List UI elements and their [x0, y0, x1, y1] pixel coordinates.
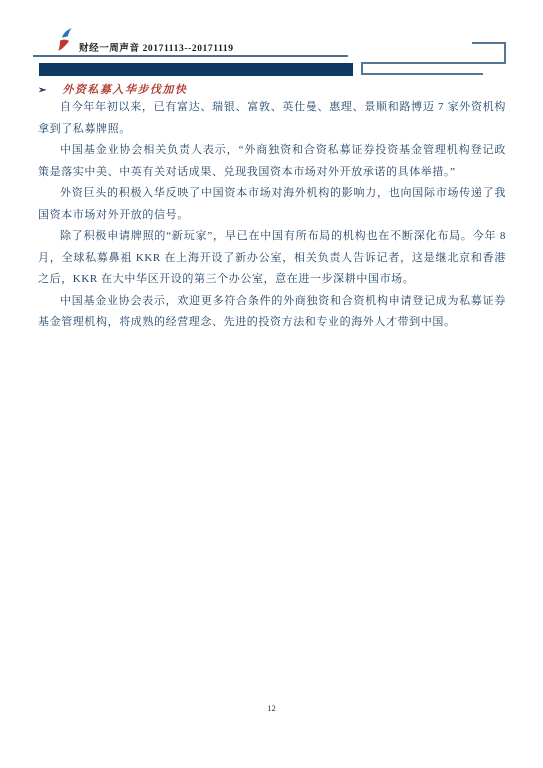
paragraph: 中国基金业协会相关负责人表示，“外商独资和合资私募证券投资基金管理机构登记政策是… [38, 140, 506, 183]
page-number: 12 [0, 703, 543, 713]
navy-banner-bar [39, 63, 353, 76]
section-heading-row: ➢外资私募入华步伐加快 [38, 83, 508, 98]
document-page: 财经一周声音 20171113--20171119 ➢外资私募入华步伐加快 自今… [0, 0, 543, 768]
header-title: 财经一周声音 20171113--20171119 [79, 40, 234, 54]
article-body: 自今年年初以来，已有富达、瑞银、富敦、英仕曼、惠理、景顺和路博迈 7 家外资机构… [38, 97, 506, 334]
deco-outline-box-top [361, 62, 506, 64]
paragraph: 自今年年初以来，已有富达、瑞银、富敦、英仕曼、惠理、景顺和路博迈 7 家外资机构… [38, 97, 506, 140]
paragraph: 外资巨头的积极入华反映了中国资本市场对海外机构的影响力，也向国际市场传递了我国资… [38, 183, 506, 226]
deco-bracket-top-line [472, 42, 506, 44]
section-heading: 外资私募入华步伐加快 [62, 84, 187, 96]
arrow-bullet-icon: ➢ [38, 84, 46, 98]
paragraph: 除了积极申请牌照的“新玩家”，早已在中国有所布局的机构也在不断深化布局。今年 8… [38, 226, 506, 291]
s-lightning-logo-icon [54, 28, 77, 51]
deco-bracket-right-line [504, 42, 506, 64]
paragraph: 中国基金业协会表示，欢迎更多符合条件的外商独资和合资机构申请登记成为私募证券基金… [38, 291, 506, 334]
header-rule [33, 55, 348, 57]
deco-outline-box-bottom [361, 73, 483, 75]
